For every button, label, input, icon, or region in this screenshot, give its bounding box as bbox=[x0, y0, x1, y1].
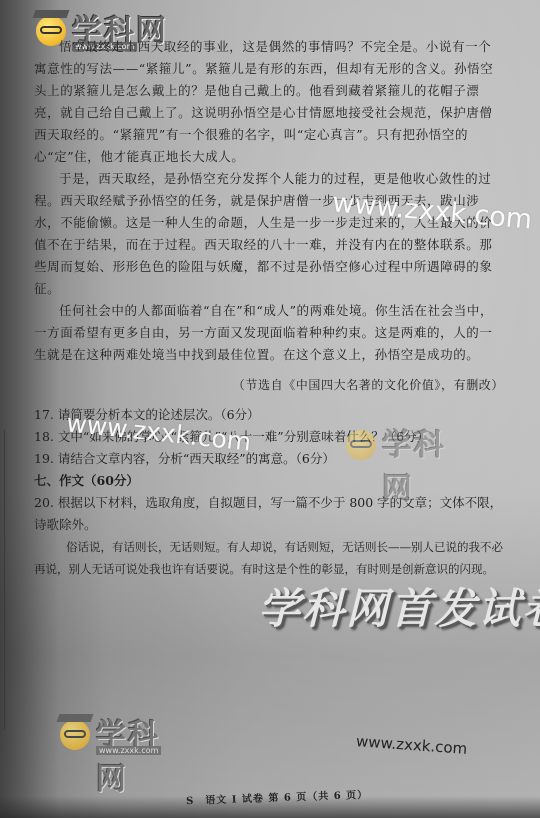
graduation-cap-icon bbox=[57, 714, 94, 722]
logo-url: www.zxxk.com bbox=[96, 746, 161, 755]
passage-source: （节选自《中国四大名著的文化价值》，有删改） bbox=[34, 374, 504, 396]
passage-paragraph: 任何社会中的人都面临着“自在”和“成人”的两难处境。你生活在社会当中，一方面希望… bbox=[34, 300, 504, 366]
page-edge bbox=[4, 430, 5, 730]
composition-material: 俗话说，有话则长，无话则短。有人却说，有话则短，无话则长——别人已说的我不必再说… bbox=[34, 536, 514, 580]
graduation-cap-icon bbox=[33, 10, 70, 18]
mascot-icon bbox=[346, 430, 376, 460]
photo-shadow bbox=[0, 796, 540, 818]
banner-watermark: 学科网首发试卷 bbox=[258, 576, 540, 636]
passage-paragraph: 于是，西天取经，是孙悟空充分发挥个人能力的过程，更是他收心敛性的过程。西天取经赋… bbox=[34, 168, 504, 300]
logo-text: 学科网 bbox=[382, 420, 466, 508]
mascot-icon bbox=[60, 720, 90, 750]
zxxk-logo-watermark: 学科网 www.zxxk.com bbox=[60, 712, 190, 762]
passage-paragraph: 悟空最终走上西天取经的事业，这是偶然的事情吗？不完全是。小说有一个寓意性的写法—… bbox=[34, 36, 504, 168]
zxxk-logo-watermark: 学科网 bbox=[346, 422, 466, 462]
